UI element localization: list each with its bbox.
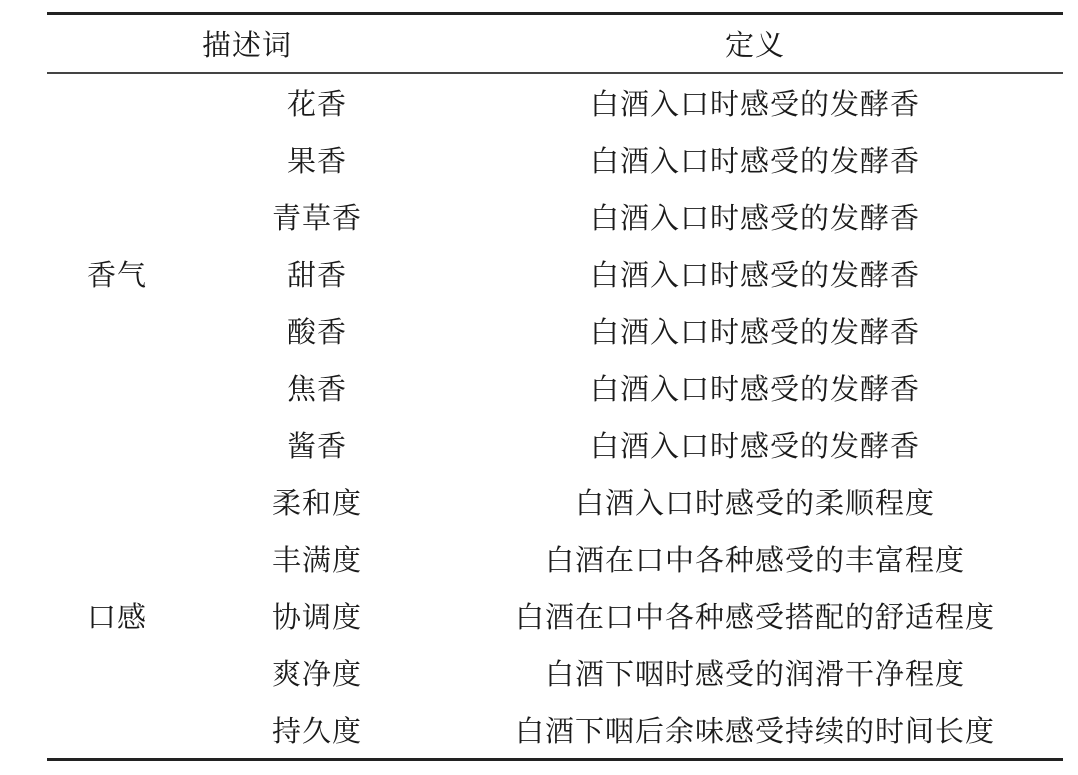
definition-cell: 白酒入口时感受的发酵香 <box>447 416 1063 473</box>
definition-cell: 白酒入口时感受的发酵香 <box>447 131 1063 188</box>
term-cell: 协调度 <box>187 587 447 644</box>
table-row: 甜香 白酒入口时感受的发酵香 <box>47 245 1063 302</box>
descriptor-definition-table: 描述词 定义 香气 花香 白酒入口时感受的发酵香 果香 白酒入口时感受的发酵香 … <box>47 12 1063 761</box>
table-row: 爽净度 白酒下咽时感受的润滑干净程度 <box>47 644 1063 701</box>
definition-cell: 白酒入口时感受的发酵香 <box>447 188 1063 245</box>
definition-cell: 白酒下咽时感受的润滑干净程度 <box>447 644 1063 701</box>
term-cell: 花香 <box>187 73 447 131</box>
term-cell: 果香 <box>187 131 447 188</box>
definition-cell: 白酒入口时感受的柔顺程度 <box>447 473 1063 530</box>
table-row: 酸香 白酒入口时感受的发酵香 <box>47 302 1063 359</box>
definition-cell: 白酒在口中各种感受的丰富程度 <box>447 530 1063 587</box>
table-row: 酱香 白酒入口时感受的发酵香 <box>47 416 1063 473</box>
term-cell: 青草香 <box>187 188 447 245</box>
table-row: 协调度 白酒在口中各种感受搭配的舒适程度 <box>47 587 1063 644</box>
table-body: 香气 花香 白酒入口时感受的发酵香 果香 白酒入口时感受的发酵香 青草香 白酒入… <box>47 73 1063 760</box>
term-cell: 爽净度 <box>187 644 447 701</box>
category-mouthfeel: 口感 <box>47 473 187 760</box>
header-descriptor: 描述词 <box>47 14 447 74</box>
table-row: 持久度 白酒下咽后余味感受持续的时间长度 <box>47 701 1063 760</box>
term-cell: 酸香 <box>187 302 447 359</box>
definition-cell: 白酒入口时感受的发酵香 <box>447 245 1063 302</box>
term-cell: 丰满度 <box>187 530 447 587</box>
definition-cell: 白酒入口时感受的发酵香 <box>447 302 1063 359</box>
category-aroma: 香气 <box>47 73 187 473</box>
term-cell: 柔和度 <box>187 473 447 530</box>
table-row: 口感 柔和度 白酒入口时感受的柔顺程度 <box>47 473 1063 530</box>
table-row: 青草香 白酒入口时感受的发酵香 <box>47 188 1063 245</box>
term-cell: 焦香 <box>187 359 447 416</box>
definition-cell: 白酒入口时感受的发酵香 <box>447 73 1063 131</box>
table-row: 焦香 白酒入口时感受的发酵香 <box>47 359 1063 416</box>
definition-cell: 白酒入口时感受的发酵香 <box>447 359 1063 416</box>
header-row: 描述词 定义 <box>47 14 1063 74</box>
table-row: 香气 花香 白酒入口时感受的发酵香 <box>47 73 1063 131</box>
descriptor-table-container: 描述词 定义 香气 花香 白酒入口时感受的发酵香 果香 白酒入口时感受的发酵香 … <box>47 12 1063 761</box>
term-cell: 酱香 <box>187 416 447 473</box>
term-cell: 甜香 <box>187 245 447 302</box>
table-header: 描述词 定义 <box>47 14 1063 74</box>
definition-cell: 白酒下咽后余味感受持续的时间长度 <box>447 701 1063 760</box>
definition-cell: 白酒在口中各种感受搭配的舒适程度 <box>447 587 1063 644</box>
header-definition: 定义 <box>447 14 1063 74</box>
term-cell: 持久度 <box>187 701 447 760</box>
table-row: 丰满度 白酒在口中各种感受的丰富程度 <box>47 530 1063 587</box>
table-row: 果香 白酒入口时感受的发酵香 <box>47 131 1063 188</box>
